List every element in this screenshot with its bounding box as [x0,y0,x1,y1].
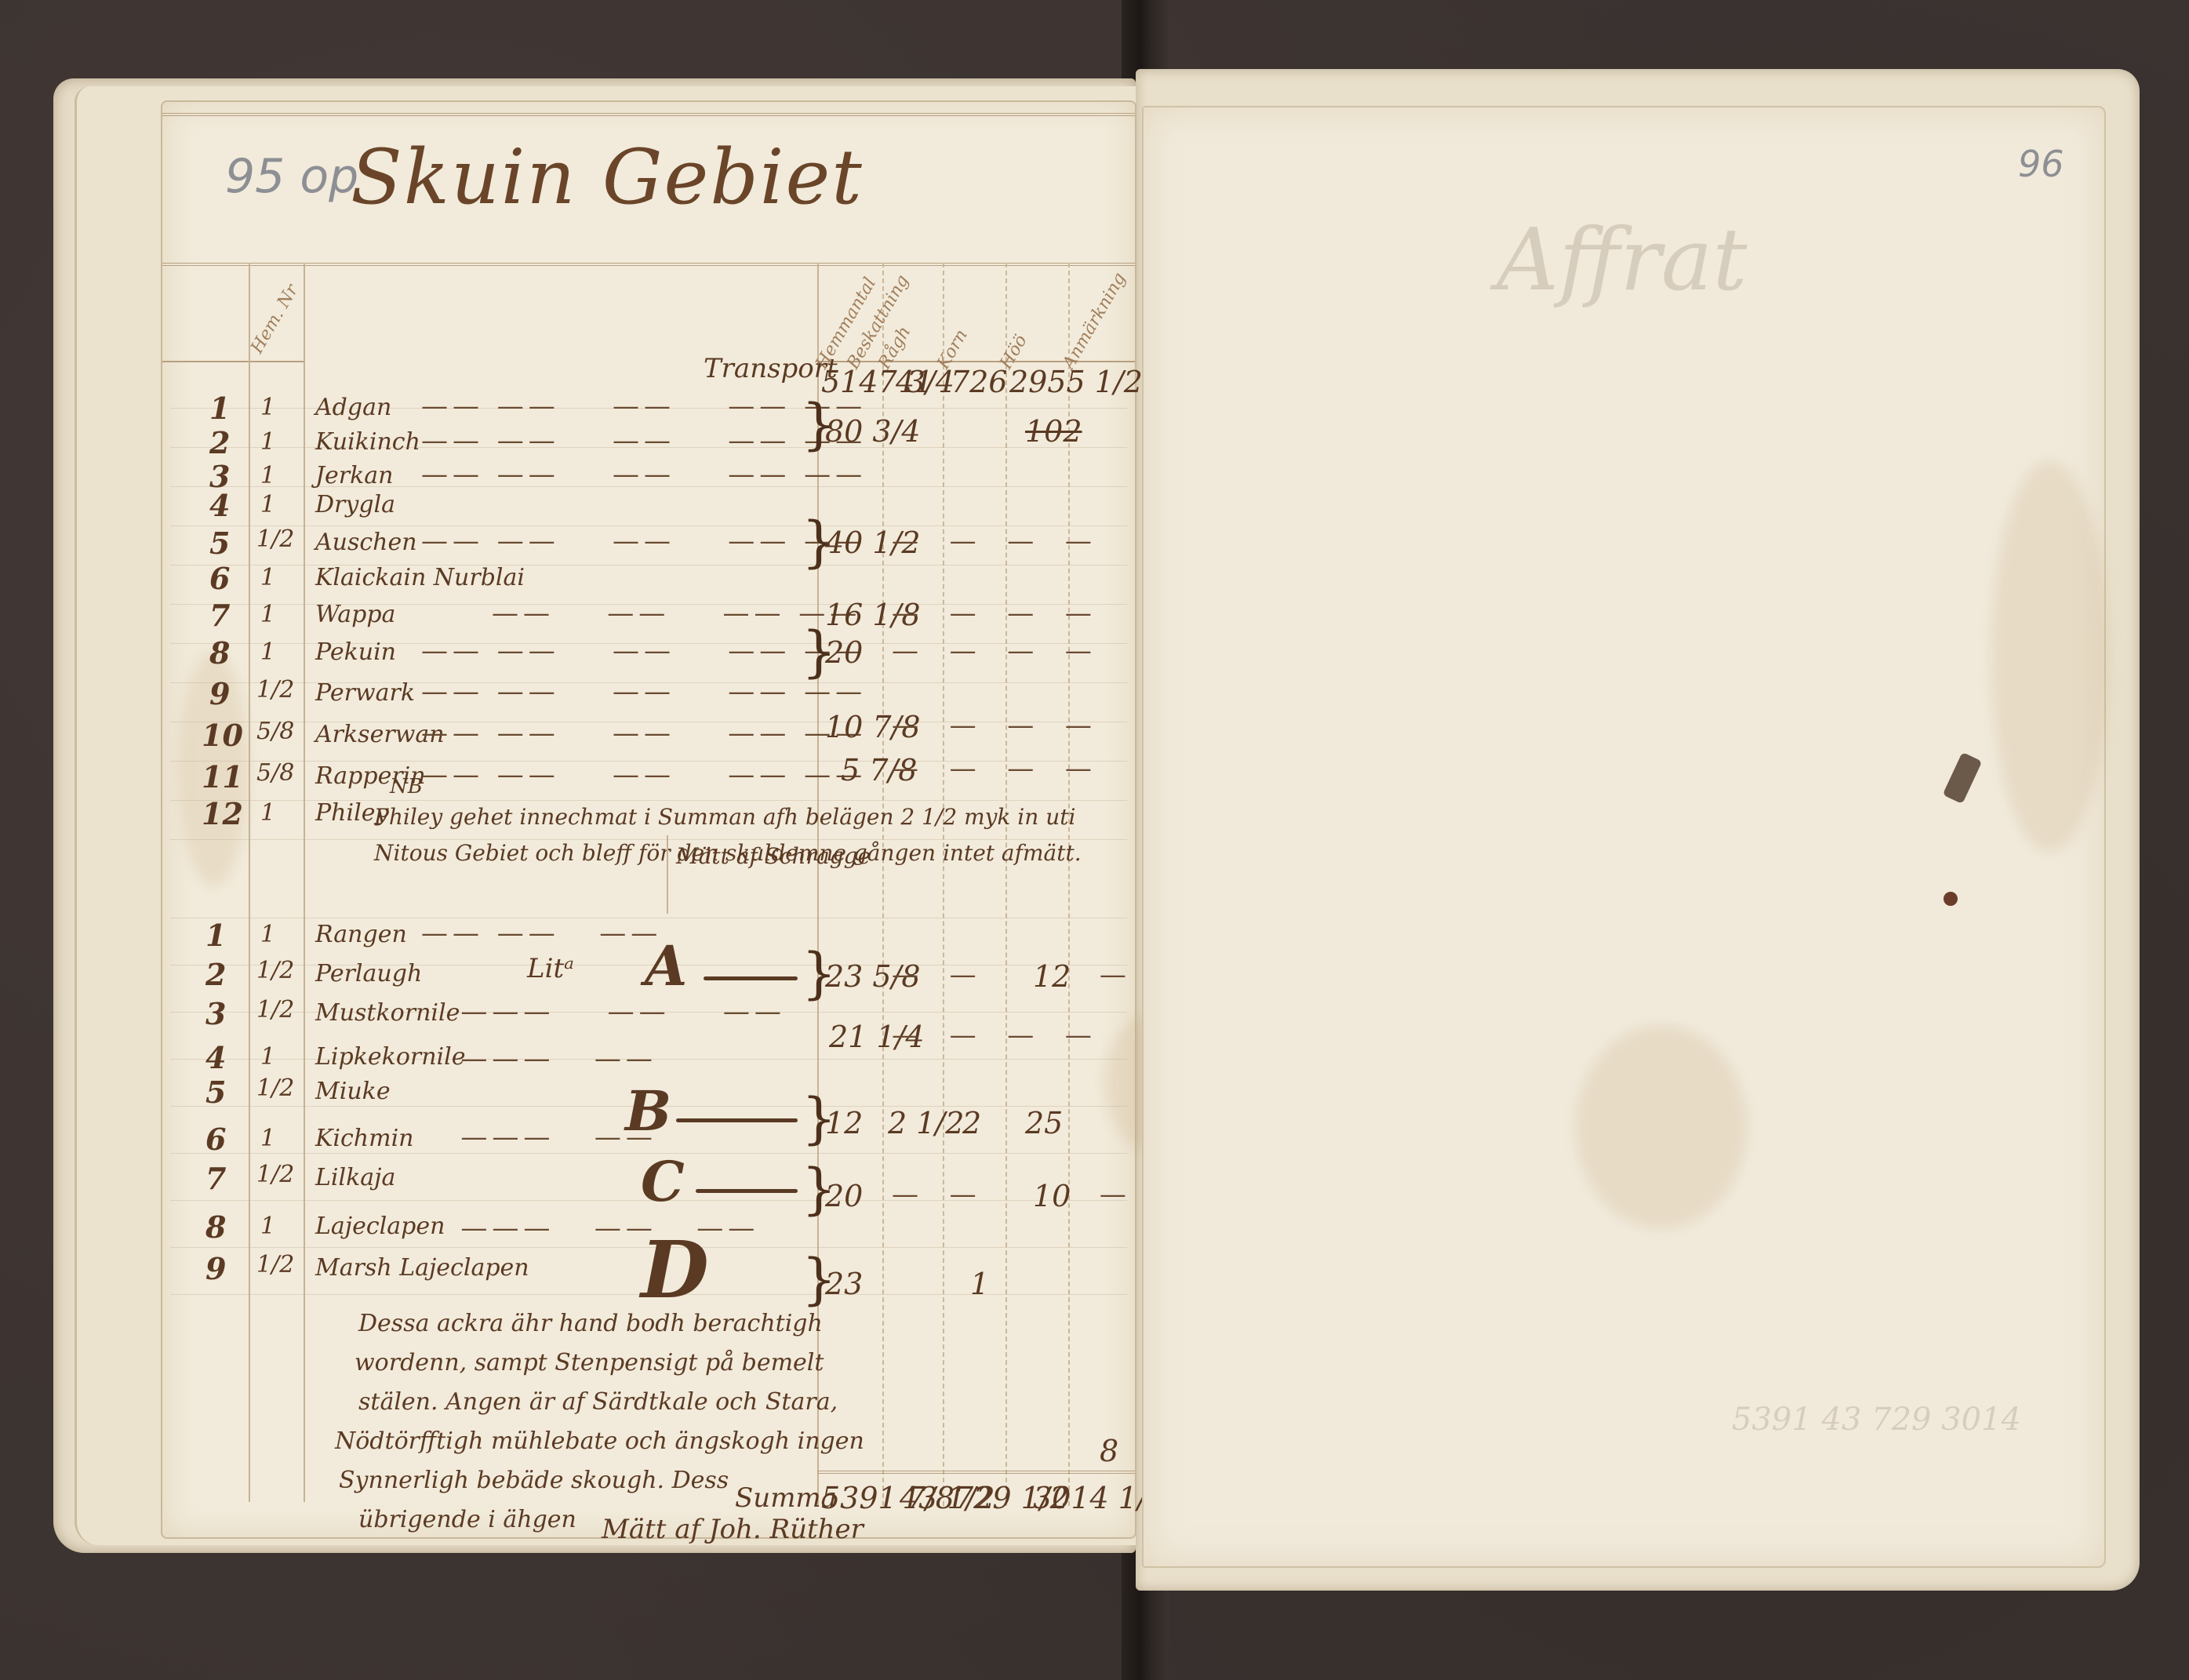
lit-label: Litᵃ [527,953,574,984]
filler-dashes: —— —— —— —— —— [421,718,867,749]
column-divider [1005,263,1007,1506]
value: 1 [970,1267,989,1301]
farm-name: Perlaugh [315,960,422,987]
farm-name: Perwark [315,679,415,707]
column-divider [1068,263,1070,1506]
row-share: 1 [260,462,275,489]
row-share: 1 [260,1213,275,1240]
farm-name: Klaickain Nurblai [315,564,525,591]
row-share: 1 [260,564,275,591]
farm-name: Auschen [315,529,417,556]
column-divider [943,263,944,1506]
row-share: 1/2 [256,996,294,1024]
row-number: 3 [205,996,226,1031]
connector-bar [704,976,798,980]
row-share: 1/2 [256,1075,294,1102]
filler-dashes: —— —— —— —— —— [421,425,867,456]
farm-name: Pekuin [315,638,396,666]
value: 20 [825,1179,863,1213]
column-divider [249,263,250,1502]
row-number: 1 [205,918,226,953]
header-rule [162,263,1135,266]
map-letter-c: C [641,1149,685,1214]
value: 2 1/2 [888,1106,964,1140]
farm-name: Drygla [315,491,395,518]
farm-name: Lilkaja [315,1164,395,1191]
closing-note-line: Nödtörfftigh mühlebate och ängskogh inge… [335,1427,864,1455]
row-share: 1 [260,799,275,827]
row-number: 4 [209,488,230,523]
row-share: 1/2 [256,1251,294,1278]
stain [1575,1025,1747,1229]
row-share: 1 [260,1043,275,1071]
filler-dashes: —— —— —— —— —— [421,759,867,791]
page-title: Skuin Gebiet [351,133,864,221]
row-share: 1 [260,428,275,456]
farm-name: Adgan [315,394,391,421]
note-divider [667,835,668,914]
closing-note-line: Synnerligh bebäde skough. Dess [339,1467,729,1494]
transport-label: Transport [704,353,838,384]
row-share: 1/2 [256,525,294,553]
transport-value: 2955 1/2 [1009,365,1143,399]
farm-name: Jerkan [315,462,394,489]
row-number: 7 [209,598,230,633]
column-divider [882,263,884,1506]
surveyor-note: Mätt af Schragge [676,843,871,869]
filler-dashes: — — — [892,959,1131,991]
ink-blot [1944,892,1958,906]
value: 2 [962,1106,981,1140]
filler-dashes: ——— —— [421,1043,657,1075]
map-letter-b: B [625,1078,671,1144]
row-share: 1 [260,601,275,628]
farm-name: Kichmin [315,1125,414,1152]
filler-dashes: —— —— —— —— —— [421,459,867,490]
filler-dashes: ——— —— —— [421,996,786,1027]
left-header-rule [162,361,304,362]
row-share: 1 [260,638,275,666]
filler-dashes: ——— —— [421,1122,657,1153]
right-page: 96 Affrat 5391 43 729 3014 [1142,106,2106,1568]
row-share: 1/2 [256,957,294,984]
rowcol-header: Hem. Nr [247,282,302,357]
value: 80 3/4 [825,414,921,449]
top-rule [162,113,1135,116]
value: 25 [1025,1106,1063,1140]
filler-dashes: — — — — [892,598,1096,629]
struck-value: 102 [1025,414,1082,449]
closing-note-line: stälen. Angen är af Särdtkale och Stara, [358,1388,838,1416]
closing-note-line: Dessa ackra ähr hand bodh berachtigh [358,1310,823,1337]
nb-mark: NB [390,775,423,798]
row-share: 1/2 [256,1161,294,1188]
row-number: 10 [202,718,243,753]
closing-note-line: übrigende i ähgen [358,1506,576,1533]
value: 20 [825,635,863,670]
connector-bar [676,1118,798,1122]
row-number: 8 [209,635,230,671]
transport-value: 41 [896,365,933,399]
col7-value: 8 [1100,1434,1118,1468]
filler-dashes: —— —— —— [421,918,662,949]
ink-smudge [1943,752,1983,804]
filler-dashes: —— —— —— —— —— [421,391,867,422]
bleed-through-heading: Affrat [1496,209,1747,310]
left-page: 95 op Skuin Gebiet Hem. Nr Hemmantal Bes… [161,100,1136,1539]
row-number: 2 [205,957,226,992]
farm-name: Rangen [315,921,407,948]
row-number: 6 [205,1122,226,1157]
filler-dashes: — — — — [892,753,1096,784]
folio-number-pencil: 95 op [225,149,358,204]
row-number: 2 [209,425,230,460]
row-number: 4 [205,1040,226,1075]
row-number: 1 [209,391,230,426]
farm-name: Wappa [315,601,395,628]
row-number: 12 [202,796,243,831]
filler-dashes: — — — — [892,710,1096,741]
folio-number-pencil: 96 [2018,143,2064,185]
filler-dashes: — — — — [892,525,1096,557]
filler-dashes: —— —— —— —— —— [421,635,867,667]
value: 23 [825,1267,863,1301]
bleed-through-total: 5391 43 729 3014 [1732,1402,2021,1438]
row-share: 1/2 [256,676,294,704]
row-share: 1 [260,1125,275,1152]
farm-name: Kuikinch [315,428,420,456]
row-share: 5/8 [256,759,294,787]
filler-dashes: —— —— —— —— —— [421,676,867,707]
filler-dashes: — — — [892,1179,1131,1210]
row-number: 7 [205,1161,226,1196]
connector-bar [696,1189,798,1193]
transport-value: 726 [951,365,1008,399]
farm-name: Marsh Lajeclapen [315,1254,529,1282]
map-letter-a: A [645,933,687,998]
row-number: 9 [209,676,230,711]
filler-dashes: — — — — [892,1020,1096,1051]
signature: Mätt af Joh. Rüther [602,1514,864,1545]
value: 12 [825,1106,863,1140]
row-number: 5 [205,1075,226,1110]
row-number: 6 [209,561,230,596]
map-letter-d: D [641,1224,709,1316]
row-number: 11 [202,759,243,795]
row-share: 5/8 [256,718,294,745]
column-divider [304,263,305,1502]
filler-dashes: — — — — [892,635,1096,667]
closing-note-line: wordenn, sampt Stenpensigt på bemelt [355,1349,824,1376]
stain [1991,460,2108,853]
row-number: 8 [205,1209,226,1245]
filler-dashes: —— —— —— —— —— [421,525,867,557]
row-share: 1 [260,491,275,518]
farm-name: Miuke [315,1078,391,1105]
row-share: 1 [260,394,275,421]
summa-rule [817,1471,1135,1474]
row-number: 5 [209,525,230,561]
row-number: 9 [205,1251,226,1286]
row-share: 1 [260,921,275,948]
